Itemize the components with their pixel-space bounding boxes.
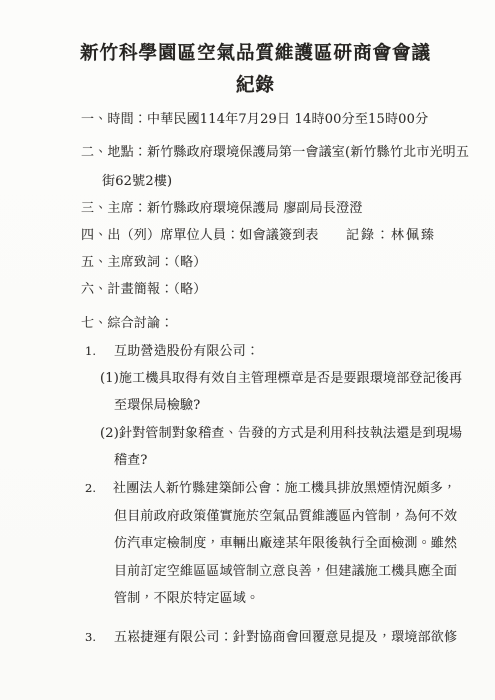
meeting-recorder: 記錄：林佩臻 — [346, 229, 436, 242]
discussion-item2-line5: 管制，不限於特定區域。 — [114, 592, 259, 605]
discussion-item2-line4: 目前訂定空維區區域管制立意良善，但建議施工機具應全面 — [114, 565, 457, 578]
document-title-line1: 新竹科學園區空氣品質維護區研商會會議 — [0, 45, 495, 64]
meeting-chairman: 三、主席：新竹縣政府環境保護局 廖副局長澄澄 — [81, 202, 363, 215]
meeting-time: 一、時間：中華民國114年7月29日 14時00分至15時00分 — [81, 113, 428, 126]
meeting-location-line1: 二、地點：新竹縣政府環境保護局第一會議室(新竹縣竹北市光明五 — [81, 146, 469, 159]
discussion-item1-number: 1. — [85, 346, 96, 358]
meeting-attendees: 四、出（列）席單位人員：如會議簽到表 — [81, 229, 319, 242]
discussion-item3-line1: 五崧捷運有限公司：針對協商會回覆意見提及，環境部欲修 — [114, 631, 457, 644]
plan-briefing: 六、計畫簡報：（略） — [81, 283, 207, 296]
item1-question2-line1: (2)針對管制對象稽查、告發的方式是利用科技執法還是到現場 — [100, 427, 462, 440]
meeting-location-line2: 街62號2樓) — [102, 175, 172, 188]
document-title-line2: 紀錄 — [0, 77, 495, 96]
meeting-minutes-page: 新竹科學園區空氣品質維護區研商會會議 紀錄 一、時間：中華民國114年7月29日… — [0, 0, 495, 700]
discussion-item2-number: 2. — [85, 483, 96, 495]
item1-question1-line1: (1)施工機具取得有效自主管理標章是否是要跟環境部登記後再 — [100, 372, 462, 385]
discussion-item3-number: 3. — [85, 632, 96, 644]
item1-question1-line2: 至環保局檢驗? — [114, 399, 200, 412]
discussion-item2-line3: 仿汽車定檢制度，車輛出廠達某年限後執行全面檢測。雖然 — [114, 537, 457, 550]
discussion-heading: 七、綜合討論： — [81, 317, 173, 330]
chair-remarks: 五、主席致詞：（略） — [81, 256, 207, 269]
item1-question2-line2: 稽查? — [114, 454, 148, 467]
discussion-item2-line1: 社團法人新竹縣建築師公會：施工機具排放黑煙情況頗多， — [113, 482, 456, 495]
discussion-item1-title: 互助營造股份有限公司： — [114, 345, 259, 358]
discussion-item2-line2: 但目前政府政策僅實施於空氣品質維護區內管制，為何不效 — [114, 510, 457, 523]
